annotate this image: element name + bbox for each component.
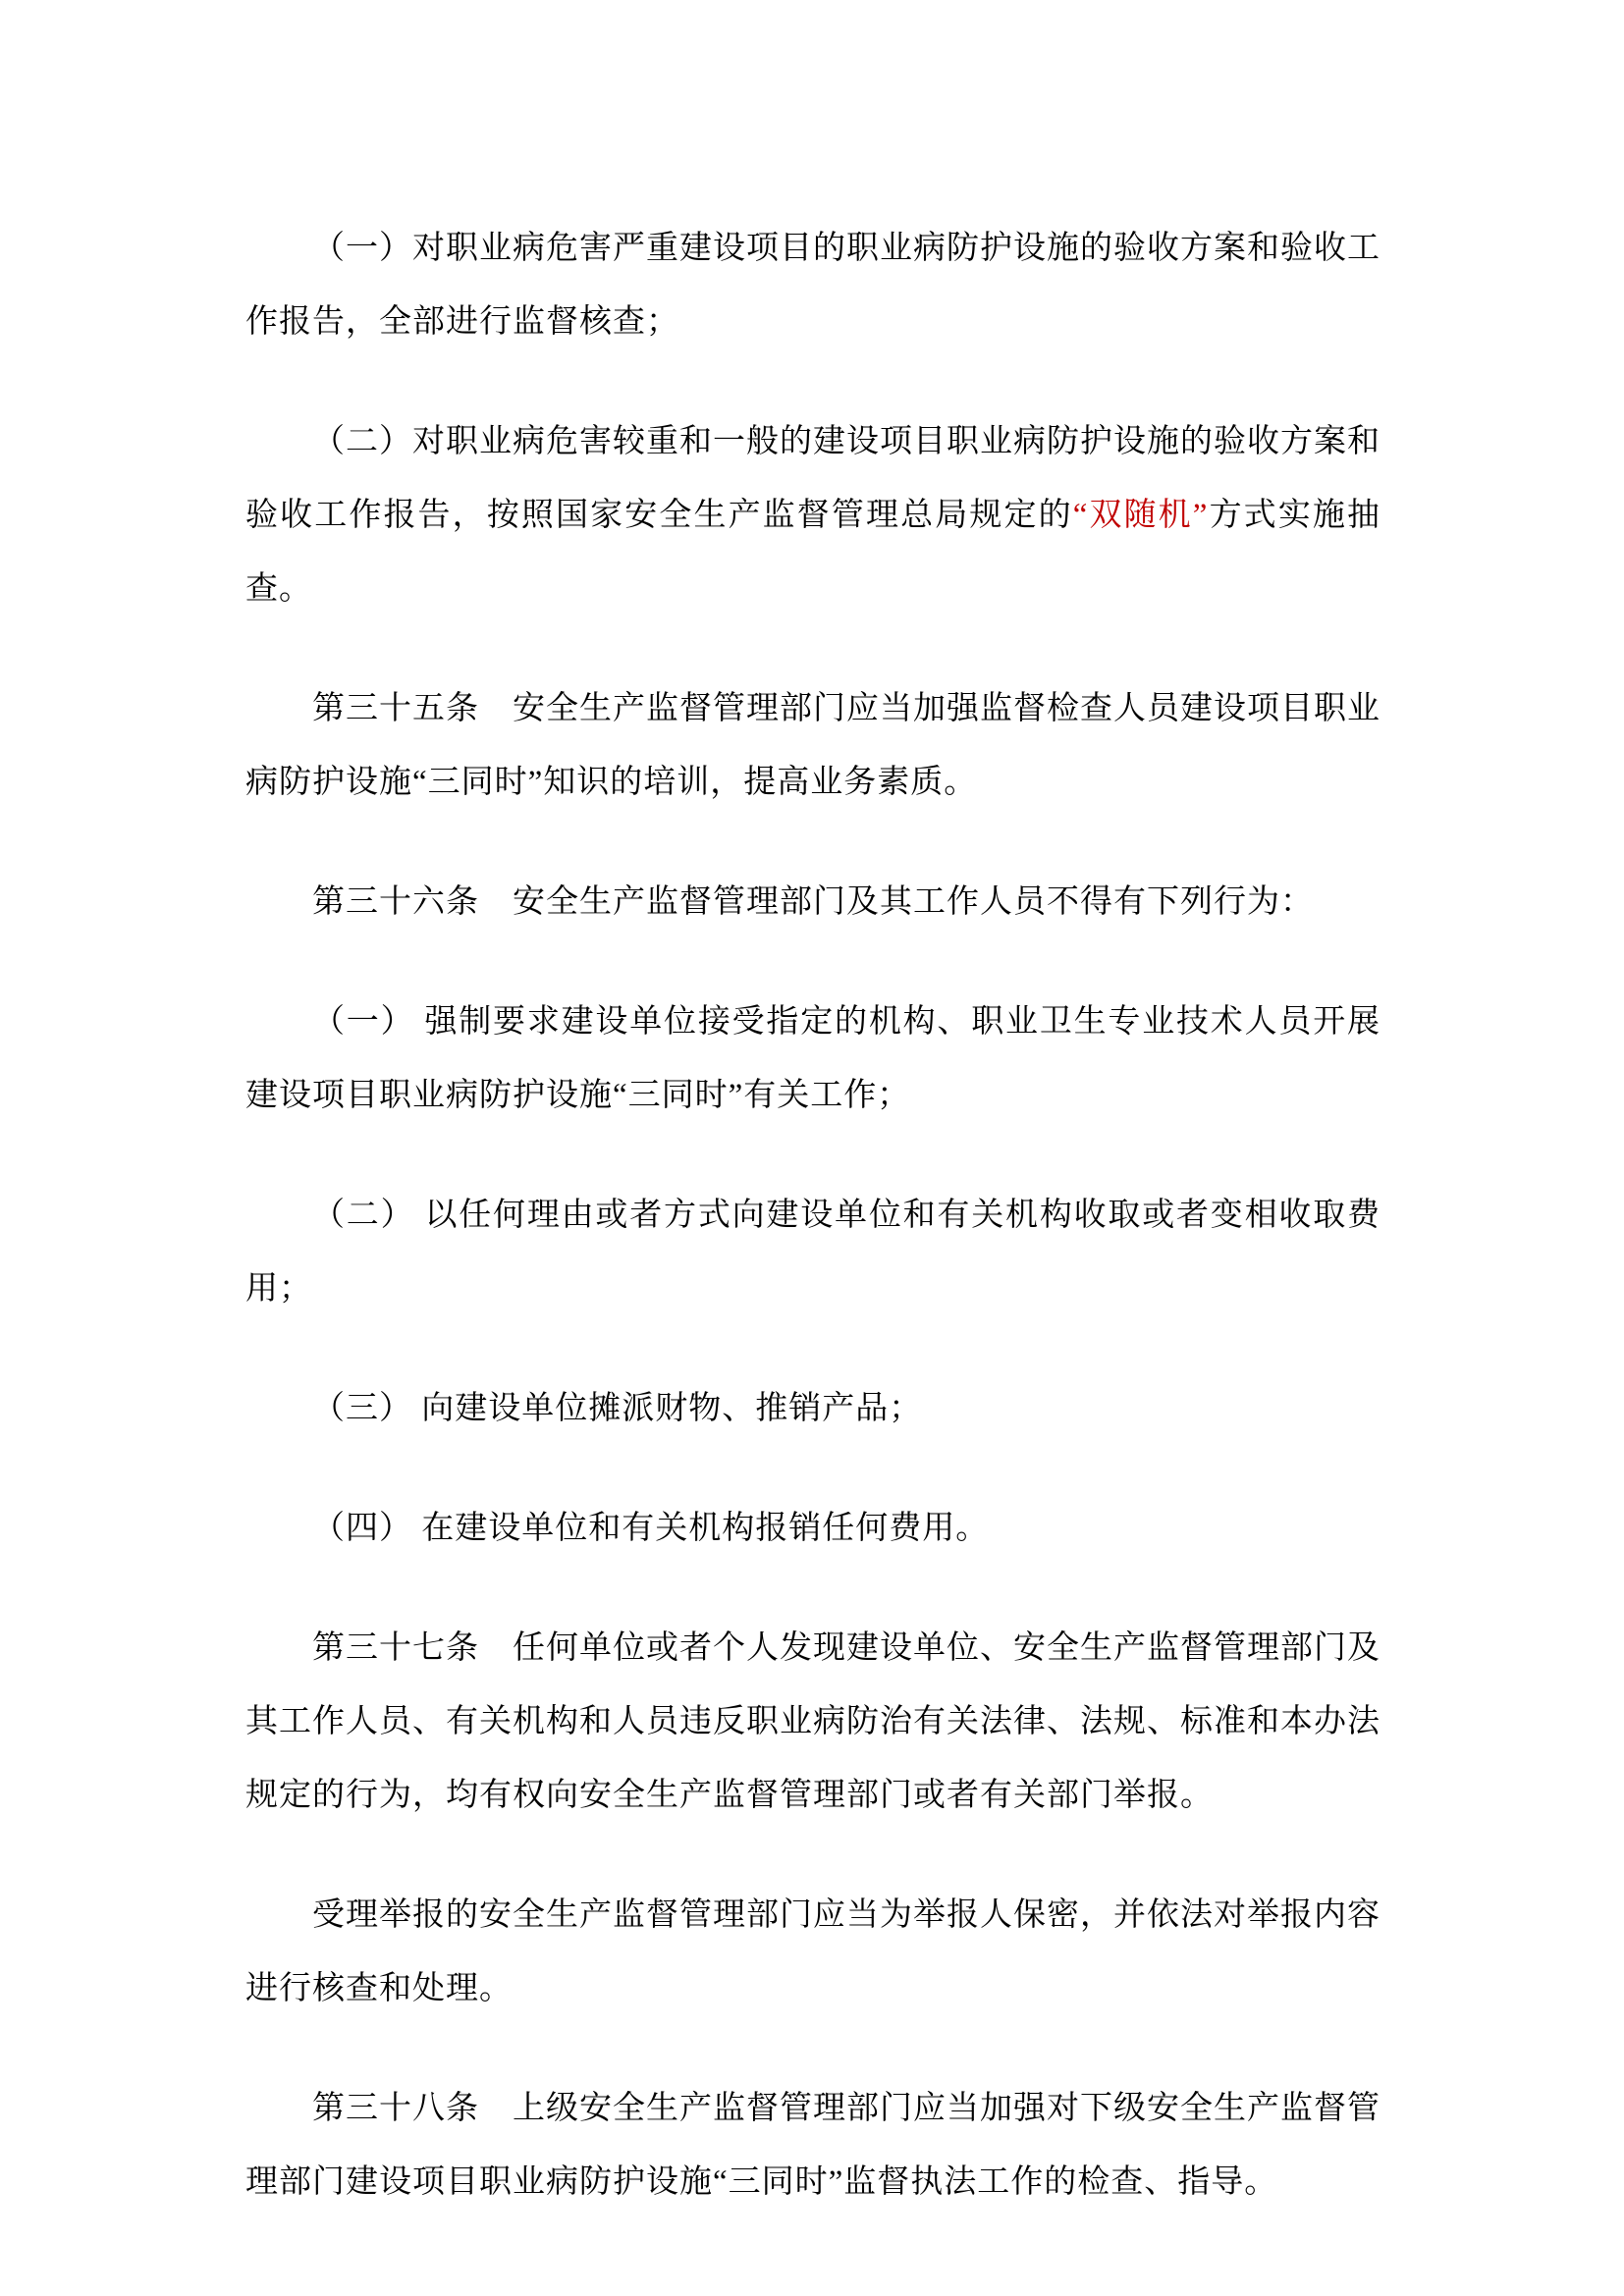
paragraph-text: （一） 强制要求建设单位接受指定的机构、职业卫生专业技术人员开展建设项目职业病防… [245, 1004, 1380, 1113]
paragraph-article-36-prohibited-acts: 第三十六条 安全生产监督管理部门及其工作人员不得有下列行为： [245, 866, 1380, 939]
paragraph-subitem-1-severe-project-inspection: （一）对职业病危害严重建设项目的职业病防护设施的验收方案和验收工作报告，全部进行… [245, 212, 1380, 359]
paragraph-text: （三） 向建设单位摊派财物、推销产品； [312, 1391, 922, 1426]
paragraph-article-37-reporting: 第三十七条 任何单位或者个人发现建设单位、安全生产监督管理部门及其工作人员、有关… [245, 1612, 1380, 1833]
paragraph-article-36-item-4: （四） 在建设单位和有关机构报销任何费用。 [245, 1492, 1380, 1566]
paragraph-text: （四） 在建设单位和有关机构报销任何费用。 [312, 1511, 989, 1546]
paragraph-text: 第三十七条 任何单位或者个人发现建设单位、安全生产监督管理部门及其工作人员、有关… [245, 1630, 1380, 1813]
paragraph-text: 第三十六条 安全生产监督管理部门及其工作人员不得有下列行为： [312, 884, 1314, 920]
paragraph-article-36-item-2: （二） 以任何理由或者方式向建设单位和有关机构收取或者变相收取费用； [245, 1179, 1380, 1326]
paragraph-text: （二） 以任何理由或者方式向建设单位和有关机构收取或者变相收取费用； [245, 1198, 1380, 1307]
paragraph-article-36-item-3: （三） 向建设单位摊派财物、推销产品； [245, 1372, 1380, 1446]
document-page: （一）对职业病危害严重建设项目的职业病防护设施的验收方案和验收工作报告，全部进行… [0, 0, 1624, 2296]
paragraph-text: 受理举报的安全生产监督管理部门应当为举报人保密，并依法对举报内容进行核查和处理。 [245, 1897, 1380, 2006]
paragraph-text: 第三十五条 安全生产监督管理部门应当加强监督检查人员建设项目职业病防护设施“三同… [245, 691, 1380, 800]
paragraph-text: （一）对职业病危害严重建设项目的职业病防护设施的验收方案和验收工作报告，全部进行… [245, 231, 1380, 340]
paragraph-article-37-report-handling: 受理举报的安全生产监督管理部门应当为举报人保密，并依法对举报内容进行核查和处理。 [245, 1879, 1380, 2026]
red-highlight-shuangsuiji: “双随机” [1073, 498, 1209, 533]
document-text-block: （一）对职业病危害严重建设项目的职业病防护设施的验收方案和验收工作报告，全部进行… [245, 212, 1380, 2219]
paragraph-text: 第三十八条 上级安全生产监督管理部门应当加强对下级安全生产监督管理部门建设项目职… [245, 2091, 1380, 2200]
paragraph-article-36-item-1: （一） 强制要求建设单位接受指定的机构、职业卫生专业技术人员开展建设项目职业病防… [245, 986, 1380, 1133]
paragraph-subitem-2-random-sampling: （二）对职业病危害较重和一般的建设项目职业病防护设施的验收方案和验收工作报告，按… [245, 405, 1380, 626]
paragraph-article-38-supervision-guidance: 第三十八条 上级安全生产监督管理部门应当加强对下级安全生产监督管理部门建设项目职… [245, 2072, 1380, 2219]
paragraph-article-35-training: 第三十五条 安全生产监督管理部门应当加强监督检查人员建设项目职业病防护设施“三同… [245, 672, 1380, 820]
